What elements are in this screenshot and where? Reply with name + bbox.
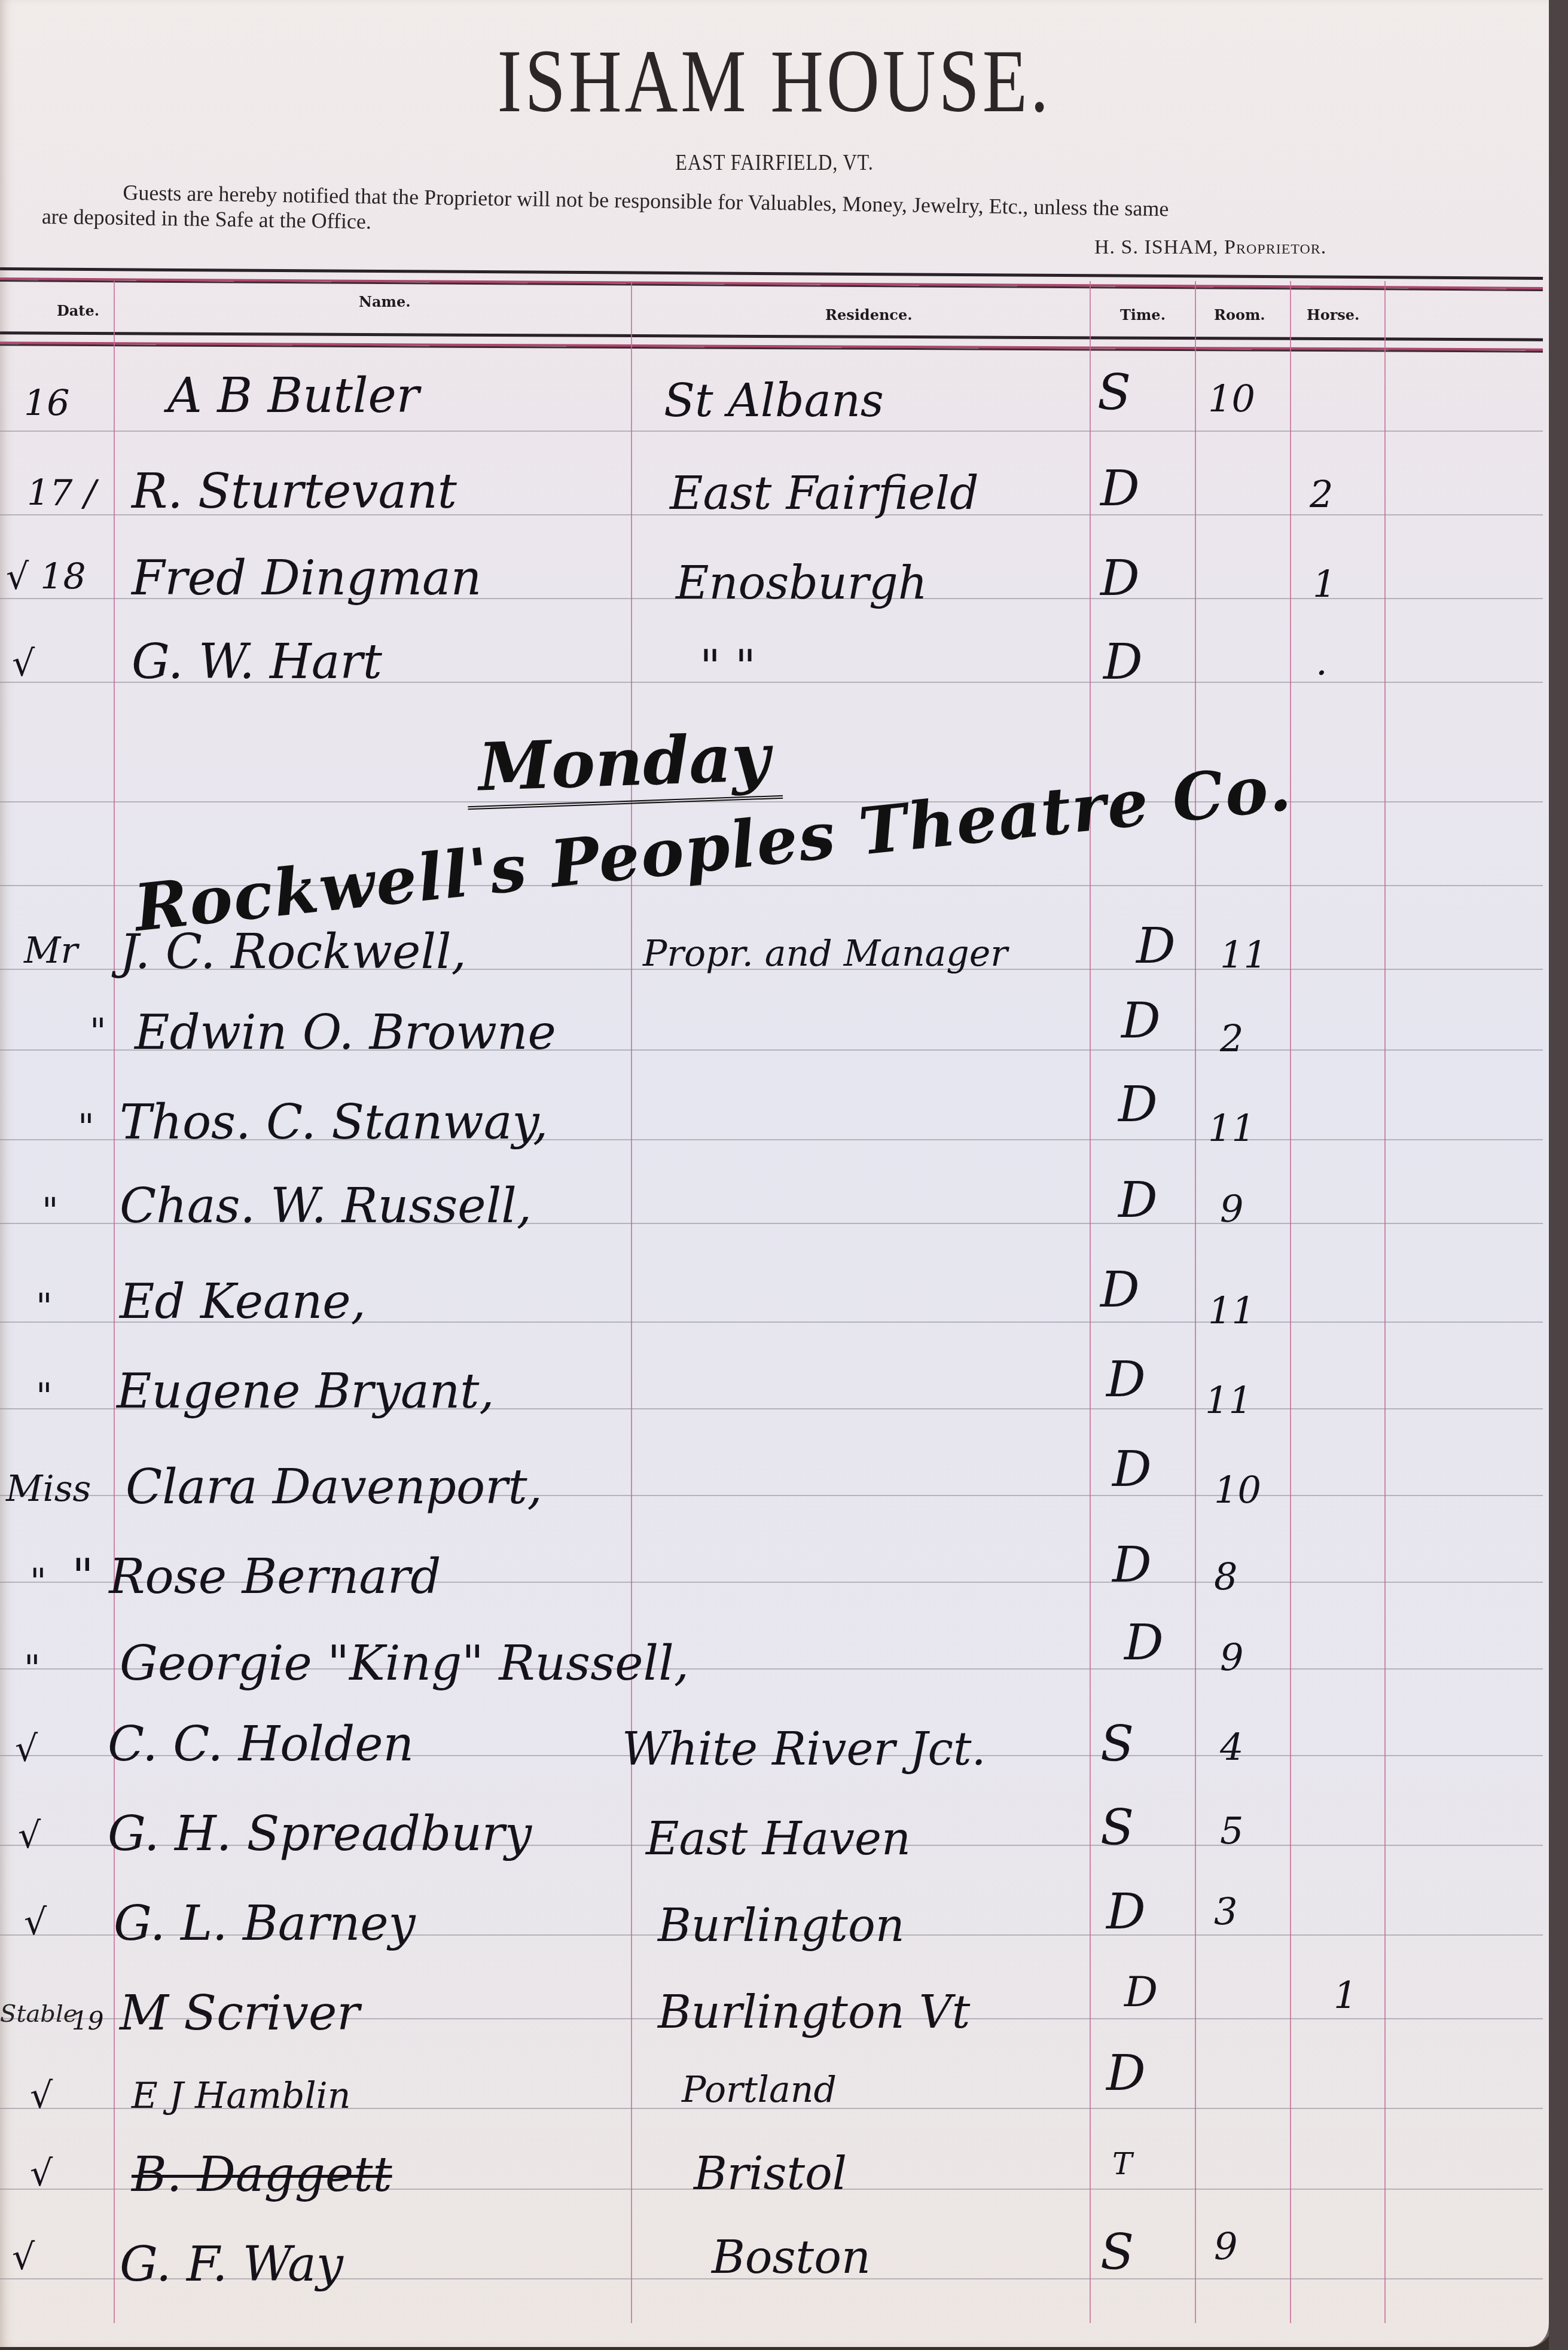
entry-residence: Burlington Vt xyxy=(658,1985,970,2038)
entry-date: √ xyxy=(30,2153,53,2195)
entry-residence: St Albans xyxy=(664,374,884,427)
entry-name: Eugene Bryant, xyxy=(117,1363,495,1419)
entry-residence: " " xyxy=(700,640,756,693)
day-heading: Monday xyxy=(465,718,783,810)
entry-time: D xyxy=(1112,1441,1152,1498)
entry-time: S xyxy=(1100,1800,1134,1857)
entry-name: G. L. Barney xyxy=(114,1896,416,1951)
entry-room: 11 xyxy=(1208,1106,1255,1150)
hotel-town: EAST FAIRFIELD, VT. xyxy=(116,149,1433,176)
header-rule-top xyxy=(0,267,1543,291)
entry-room: 9 xyxy=(1220,1635,1243,1679)
entry-date: 17 / xyxy=(27,472,96,514)
book-edge xyxy=(1549,0,1568,2350)
entry-name: G. F. Way xyxy=(120,2236,343,2292)
entry-residence: Enosburgh xyxy=(676,556,928,609)
col-header-time: Time. xyxy=(1120,306,1166,323)
entry-date: √ xyxy=(15,1728,38,1770)
entry-date: 19 xyxy=(72,2006,103,2035)
entry-time: D xyxy=(1100,460,1140,517)
entry-horse: 1 xyxy=(1313,562,1336,606)
entry-room: 9 xyxy=(1214,2224,1237,2268)
column-rule-horse xyxy=(1384,281,1386,2323)
entry-time: D xyxy=(1100,1262,1140,1319)
entry-date: √ xyxy=(30,2075,53,2117)
entry-date: √ xyxy=(12,643,35,685)
entry-time: S xyxy=(1097,365,1131,422)
entry-time: D xyxy=(1100,550,1140,607)
entry-date: " xyxy=(36,1286,53,1327)
entry-date: " xyxy=(24,1647,41,1689)
entry-room: 5 xyxy=(1220,1809,1243,1852)
entry-residence: Propr. and Manager xyxy=(643,933,1008,975)
hotel-name: ISHAM HOUSE. xyxy=(139,30,1410,133)
entry-time: D xyxy=(1121,993,1161,1049)
entry-date: 16 xyxy=(24,383,69,425)
entry-time: S xyxy=(1100,2224,1134,2281)
margin-note-stable: Stable xyxy=(0,2000,77,2028)
entry-time: D xyxy=(1112,1537,1152,1594)
entry-name: G. H. Spreadbury xyxy=(108,1806,532,1861)
column-rule-name xyxy=(631,281,632,2323)
entry-room: 11 xyxy=(1205,1378,1252,1422)
entry-time: D xyxy=(1136,918,1176,975)
entry-name: Thos. C. Stanway, xyxy=(120,1094,548,1150)
entry-room: 9 xyxy=(1220,1187,1243,1231)
entry-time: D xyxy=(1124,1967,1158,2016)
register-page: ISHAM HOUSE. EAST FAIRFIELD, VT. Guests … xyxy=(0,0,1552,2347)
proprietor-line: H. S. ISHAM, Proprietor. xyxy=(1094,236,1326,259)
entry-name: G. W. Hart xyxy=(132,634,382,689)
entry-time: D xyxy=(1124,1615,1164,1671)
entry-name: M Scriver xyxy=(120,1985,360,2041)
entry-horse: 1 xyxy=(1334,1973,1357,2017)
column-rule-residence xyxy=(1090,281,1091,2323)
col-header-horse: Horse. xyxy=(1307,306,1359,323)
entry-time: D xyxy=(1106,1351,1146,1408)
entry-name: B. Daggett xyxy=(132,2147,392,2202)
entry-time: D xyxy=(1106,2045,1146,2102)
entry-room: 11 xyxy=(1220,933,1267,976)
entry-time: D xyxy=(1118,1172,1158,1229)
entry-residence: Boston xyxy=(712,2230,871,2284)
entry-room: 10 xyxy=(1208,377,1255,420)
col-header-residence: Residence. xyxy=(825,306,913,323)
entry-date: Miss xyxy=(6,1468,91,1510)
entry-name: J. C. Rockwell, xyxy=(120,924,466,979)
entry-date: √ xyxy=(12,2236,35,2278)
entry-residence: East Haven xyxy=(646,1812,911,1865)
header-rule-bottom xyxy=(0,331,1543,352)
entry-room: 10 xyxy=(1214,1468,1261,1512)
entry-name: A B Butler xyxy=(167,368,419,423)
entry-time: T xyxy=(1112,2147,1132,2181)
entry-room: 4 xyxy=(1220,1725,1243,1769)
entry-time: D xyxy=(1103,634,1143,691)
entry-name: Clara Davenport, xyxy=(126,1459,542,1515)
column-rule-room xyxy=(1290,281,1291,2323)
entry-name: Edwin O. Browne xyxy=(135,1005,556,1060)
column-rule-time xyxy=(1195,281,1196,2323)
ruled-line xyxy=(0,801,1543,802)
entry-residence: Burlington xyxy=(658,1899,905,1952)
entry-residence: Bristol xyxy=(694,2147,847,2200)
entry-room: 8 xyxy=(1214,1555,1237,1598)
entry-room: 2 xyxy=(1220,1017,1243,1060)
entry-date: √ xyxy=(24,1902,47,1943)
entry-room: 3 xyxy=(1214,1890,1237,1933)
entry-horse: . xyxy=(1316,640,1328,683)
col-header-room: Room. xyxy=(1214,306,1265,323)
entry-time: D xyxy=(1118,1076,1158,1133)
entry-date: " xyxy=(90,1011,106,1052)
entry-residence: White River Jct. xyxy=(622,1722,986,1775)
entry-name: Ed Keane, xyxy=(120,1274,366,1329)
entry-name: C. C. Holden xyxy=(108,1716,414,1772)
entry-date: √ xyxy=(18,1815,41,1857)
entry-name: Georgie "King" Russell, xyxy=(120,1635,689,1691)
entry-date: √ 18 xyxy=(6,556,86,598)
entry-residence: East Fairfield xyxy=(670,466,979,520)
entry-date: " xyxy=(42,1190,59,1232)
col-header-name: Name. xyxy=(359,293,411,310)
entry-name: Fred Dingman xyxy=(132,550,481,606)
entry-date: " xyxy=(78,1106,94,1148)
column-rule-date xyxy=(114,281,115,2323)
entry-residence: Portland xyxy=(682,2069,837,2111)
entry-date: " xyxy=(36,1375,53,1417)
entry-name: Chas. W. Russell, xyxy=(120,1178,532,1234)
entry-time: D xyxy=(1106,1884,1146,1940)
ruled-line xyxy=(0,431,1543,432)
entry-name: " Rose Bernard xyxy=(72,1549,441,1604)
entry-date: Mr xyxy=(24,930,78,972)
entry-name: R. Sturtevant xyxy=(132,463,457,519)
entry-horse: 2 xyxy=(1310,472,1333,516)
entry-time: S xyxy=(1100,1716,1134,1773)
entry-room: 11 xyxy=(1208,1289,1255,1332)
col-header-date: Date. xyxy=(57,302,99,319)
entry-name: E J Hamblin xyxy=(132,2075,350,2117)
entry-date: " xyxy=(30,1561,47,1603)
